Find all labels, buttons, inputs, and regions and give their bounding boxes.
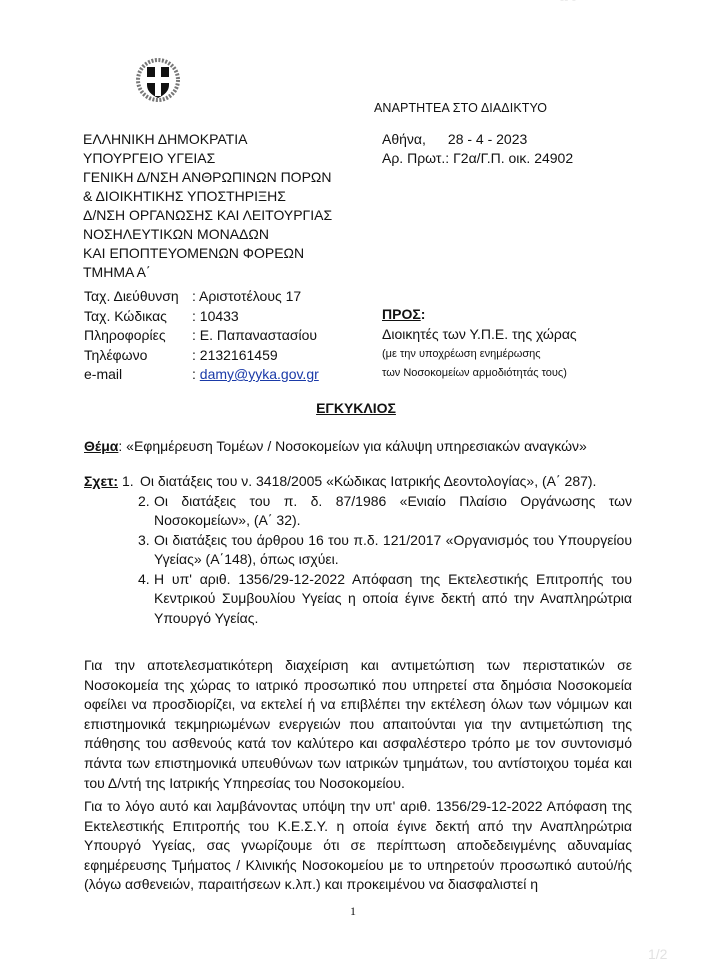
recipient-line: Διοικητές των Υ.Π.Ε. της χώρας: [382, 325, 577, 345]
body-paragraph: Για το λόγο αυτό και λαμβάνοντας υπόψη τ…: [84, 797, 632, 895]
document-type: ΕΓΚΥΚΛΙΟΣ: [316, 400, 396, 416]
contact-block: Ταχ. Διεύθυνση : Αριστοτέλους 17 Ταχ. Κώ…: [84, 287, 319, 385]
contact-row: Τηλέφωνο : 2132161459: [84, 346, 319, 366]
contact-value: : Αριστοτέλους 17: [192, 287, 301, 307]
references-label: Σχετ:: [84, 472, 122, 492]
reference-number: 4.: [138, 570, 154, 629]
recipient-title: ΠΡΟΣ:: [382, 306, 425, 322]
contact-row: Ταχ. Διεύθυνση : Αριστοτέλους 17: [84, 287, 319, 307]
contact-row: e-mail : damy@yyka.gov.gr: [84, 365, 319, 385]
reference-text: Οι διατάξεις του άρθρου 16 του π.δ. 121/…: [154, 531, 632, 570]
reference-item: 3. Οι διατάξεις του άρθρου 16 του π.δ. 1…: [84, 531, 632, 570]
body-paragraph: Για την αποτελεσματικότερη διαχείριση κα…: [84, 656, 632, 793]
reference-item: 2. Οι διατάξεις του π. δ. 87/1986 «Ενιαί…: [84, 492, 632, 531]
reference-text: Η υπ' αριθ. 1356/29-12-2022 Απόφαση της …: [154, 570, 632, 629]
issuer-line: ΚΑΙ ΕΠΟΠΤΕΥΟΜΕΝΩΝ ΦΟΡΕΩΝ: [83, 244, 332, 263]
reference-text: Οι διατάξεις του π. δ. 87/1986 «Ενιαίο Π…: [154, 492, 632, 531]
recipient-block: Διοικητές των Υ.Π.Ε. της χώρας (με την υ…: [382, 325, 577, 384]
greek-emblem-icon: [135, 55, 181, 105]
contact-label: Πληροφορίες: [84, 326, 192, 346]
contact-value: : Ε. Παπαναστασίου: [192, 326, 317, 346]
issuer-line: Δ/ΝΣΗ ΟΡΓΑΝΩΣΗΣ ΚΑΙ ΛΕΙΤΟΥΡΓΙΑΣ: [83, 206, 332, 225]
contact-row: Ταχ. Κώδικας : 10433: [84, 307, 319, 327]
reference-number: 1.: [122, 472, 138, 492]
document-type-heading: ΕΓΚΥΚΛΙΟΣ: [0, 400, 706, 416]
issuer-line: ΥΠΟΥΡΓΕΙΟ ΥΓΕΙΑΣ: [83, 149, 332, 168]
recipient-title-text: ΠΡΟΣ: [382, 306, 421, 322]
reference-number: 2.: [138, 492, 154, 531]
issuer-line: ΓΕΝΙΚΗ Δ/ΝΣΗ ΑΝΘΡΩΠΙΝΩΝ ΠΟΡΩΝ: [83, 168, 332, 187]
issuer-block: ΕΛΛΗΝΙΚΗ ΔΗΜΟΚΡΑΤΙΑ ΥΠΟΥΡΓΕΙΟ ΥΓΕΙΑΣ ΓΕΝ…: [83, 130, 332, 282]
subject-text: : «Εφημέρευση Τομέων / Νοσοκομείων για κ…: [118, 438, 586, 454]
contact-prefix: :: [192, 366, 200, 382]
contact-label: Ταχ. Διεύθυνση: [84, 287, 192, 307]
date-block: Αθήνα,28 - 4 - 2023 Αρ. Πρωτ.: Γ2α/Γ.Π. …: [382, 130, 573, 168]
issuer-line: ΕΛΛΗΝΙΚΗ ΔΗΜΟΚΡΑΤΙΑ: [83, 130, 332, 149]
date: 28 - 4 - 2023: [448, 131, 527, 147]
reference-text: Οι διατάξεις του ν. 3418/2005 «Κώδικας Ι…: [138, 472, 632, 492]
viewer-page-indicator: 1/2: [648, 946, 667, 960]
issuer-line: ΤΜΗΜΑ Α΄: [83, 263, 332, 282]
reference-number: 3.: [138, 531, 154, 570]
issuer-line: & ΔΙΟΙΚΗΤΙΚΗΣ ΥΠΟΣΤΗΡΙΞΗΣ: [83, 187, 332, 206]
email-link[interactable]: damy@yyka.gov.gr: [200, 366, 319, 382]
scan-artifact: ▪▪ ▪: [560, 0, 576, 6]
page-number: 1: [0, 904, 706, 919]
recipient-note: (με την υποχρέωση ενημέρωσης: [382, 345, 577, 365]
recipient-note: των Νοσοκομείων αρμοδιότητάς τους): [382, 364, 577, 384]
recipient-title-colon: :: [421, 306, 426, 322]
reference-item: 4. Η υπ' αριθ. 1356/29-12-2022 Απόφαση τ…: [84, 570, 632, 629]
contact-label: Τηλέφωνο: [84, 346, 192, 366]
posted-notice: ΑΝΑΡΤΗΤΕΑ ΣΤΟ ΔΙΑΔΙΚΤΥΟ: [374, 101, 547, 115]
contact-value: : damy@yyka.gov.gr: [192, 365, 319, 385]
reference-item: Σχετ: 1. Οι διατάξεις του ν. 3418/2005 «…: [84, 472, 632, 492]
subject-line: Θέμα: «Εφημέρευση Τομέων / Νοσοκομείων γ…: [84, 438, 587, 454]
references-block: Σχετ: 1. Οι διατάξεις του ν. 3418/2005 «…: [84, 472, 632, 628]
issuer-line: ΝΟΣΗΛΕΥΤΙΚΩΝ ΜΟΝΑΔΩΝ: [83, 225, 332, 244]
contact-label: e-mail: [84, 365, 192, 385]
contact-value: : 10433: [192, 307, 239, 327]
contact-label: Ταχ. Κώδικας: [84, 307, 192, 327]
subject-label: Θέμα: [84, 438, 118, 454]
contact-row: Πληροφορίες : Ε. Παπαναστασίου: [84, 326, 319, 346]
protocol-number: Αρ. Πρωτ.: Γ2α/Γ.Π. οικ. 24902: [382, 149, 573, 168]
place: Αθήνα,: [382, 131, 426, 147]
contact-value: : 2132161459: [192, 346, 278, 366]
